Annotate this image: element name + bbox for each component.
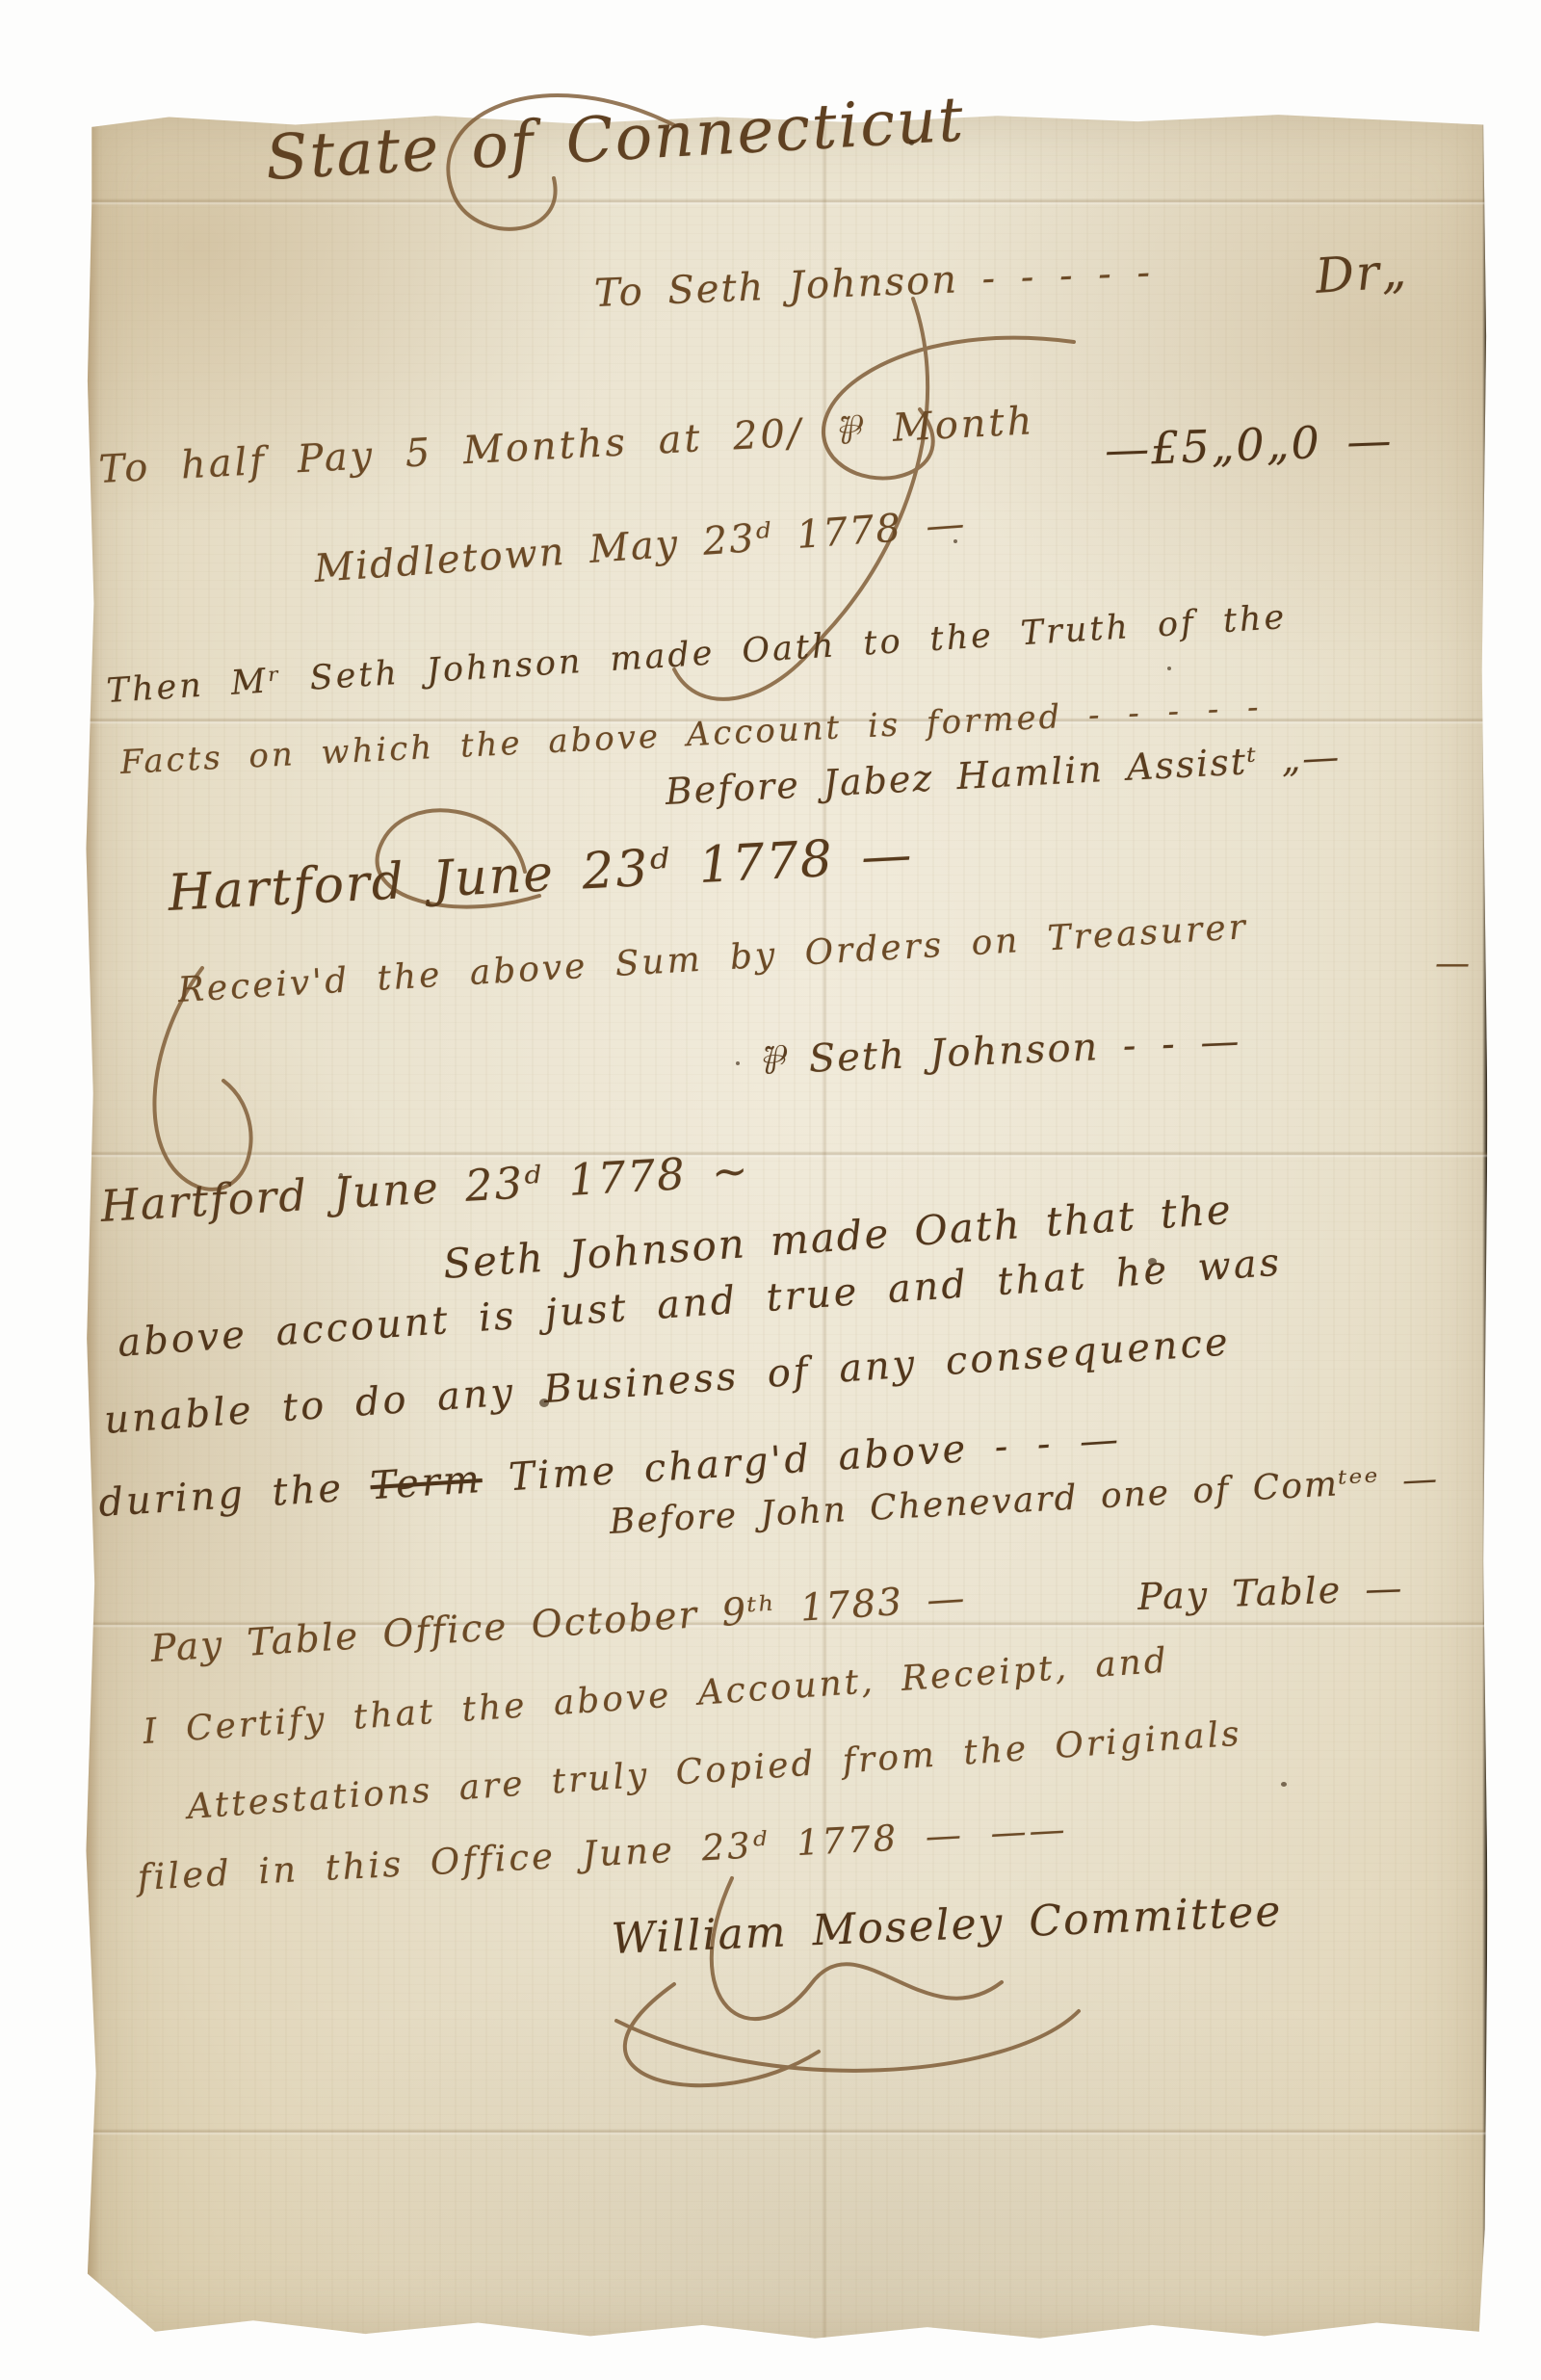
- ink-blot: [1148, 1258, 1157, 1266]
- ink-speck: [909, 141, 914, 145]
- ink-speck: [736, 1061, 740, 1065]
- fold-crease: [85, 2129, 1489, 2135]
- fold-crease: [85, 198, 1489, 205]
- struck-out-word: Term: [369, 1457, 483, 1508]
- ink-speck: [339, 1173, 343, 1177]
- debit-abbreviation: Dr„: [1314, 242, 1410, 304]
- fold-crease: [85, 1151, 1489, 1158]
- receipt-dash: —: [1435, 944, 1472, 983]
- scanned-document-page: { "document": { "kind": "handwritten man…: [0, 0, 1541, 2380]
- ink-speck: [1167, 667, 1171, 670]
- ink-speck: [953, 539, 957, 543]
- ink-blot: [539, 1399, 549, 1407]
- paper-right-edge-shadow: [1482, 118, 1487, 2329]
- amount-value: —£5„0„0 —: [1104, 414, 1394, 476]
- ink-speck: [1281, 1782, 1287, 1787]
